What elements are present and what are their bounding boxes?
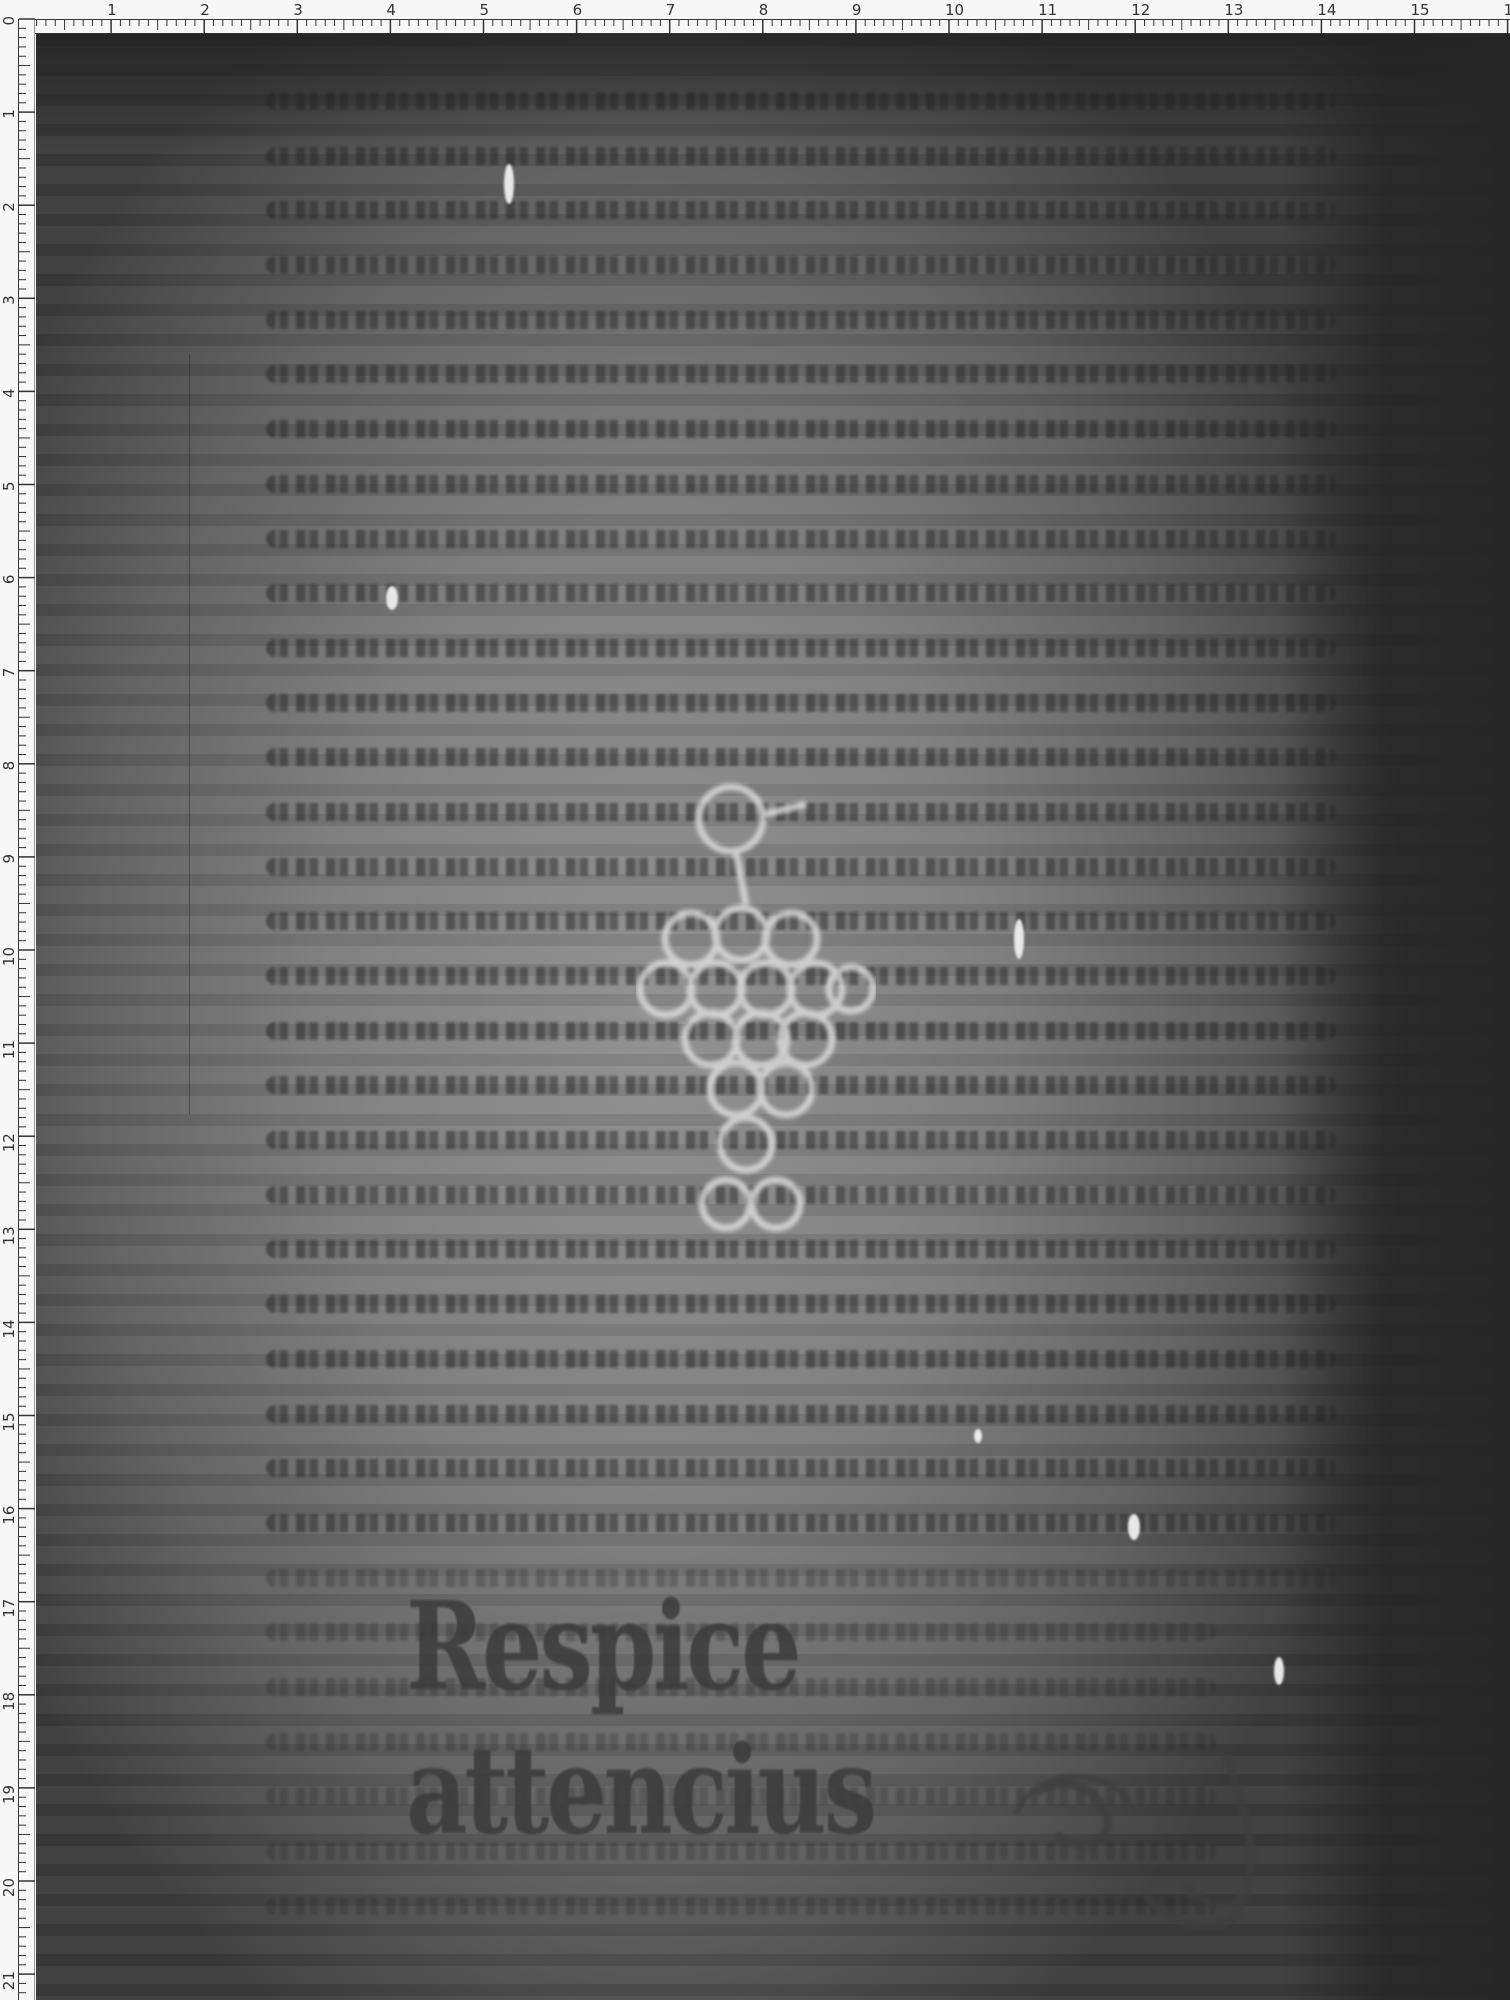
left-ruler-label: 19 xyxy=(0,1785,18,1804)
manuscript-text-line xyxy=(266,621,1336,676)
left-ruler-label: 21 xyxy=(0,1971,18,1990)
manuscript-text-line xyxy=(266,566,1336,621)
left-ruler-label: 13 xyxy=(0,1226,18,1245)
bright-spot xyxy=(1014,919,1024,959)
left-ruler-label: 0 xyxy=(0,16,18,26)
top-ruler-label: 15 xyxy=(1411,1,1430,19)
top-ruler-label: 2 xyxy=(200,1,210,19)
top-ruler-label: 3 xyxy=(293,1,303,19)
manuscript-scan: Respice attencius xyxy=(36,34,1510,2000)
manuscript-text-line xyxy=(266,1441,1336,1496)
top-ruler-label: 6 xyxy=(573,1,583,19)
watermark-grapes-icon xyxy=(636,774,876,1244)
manuscript-text-line xyxy=(266,512,1336,567)
top-ruler-label: 1 xyxy=(1504,1,1510,19)
left-ruler-label: 5 xyxy=(0,482,18,492)
top-ruler-label: 5 xyxy=(480,1,490,19)
manuscript-text-line xyxy=(266,183,1336,238)
top-ruler-label: 13 xyxy=(1224,1,1243,19)
manuscript-text-line xyxy=(266,238,1336,293)
manuscript-text-line xyxy=(266,293,1336,348)
flourish-ornament-icon xyxy=(996,1754,1296,1934)
top-ruler-label: 14 xyxy=(1317,1,1336,19)
left-ruler-label: 7 xyxy=(0,668,18,678)
top-ruler-label: 12 xyxy=(1131,1,1150,19)
top-ruler: 01234567891011121314151 xyxy=(0,0,1510,34)
top-ruler-label: 9 xyxy=(852,1,862,19)
manuscript-text-line xyxy=(266,347,1336,402)
top-ruler-scale: 01234567891011121314151 xyxy=(0,0,1510,34)
manuscript-text-line xyxy=(266,676,1336,731)
margin-ruling-line xyxy=(189,354,190,1114)
bright-spot xyxy=(504,164,514,204)
left-ruler-label: 15 xyxy=(0,1413,18,1432)
top-ruler-label: 7 xyxy=(666,1,676,19)
top-ruler-label: 8 xyxy=(759,1,769,19)
left-ruler-label: 12 xyxy=(0,1133,18,1152)
left-ruler-label: 18 xyxy=(0,1692,18,1711)
left-ruler: 0123456789101112131415161718192021 xyxy=(0,0,35,2000)
top-ruler-label: 1 xyxy=(107,1,117,19)
manuscript-text-line xyxy=(266,402,1336,457)
left-ruler-label: 16 xyxy=(0,1506,18,1525)
top-ruler-label: 11 xyxy=(1038,1,1057,19)
manuscript-text-line xyxy=(266,1496,1336,1551)
left-ruler-label: 1 xyxy=(0,109,18,119)
manuscript-text-line xyxy=(266,1332,1336,1387)
bright-spot xyxy=(386,586,398,610)
left-ruler-label: 4 xyxy=(0,388,18,398)
left-ruler-label: 11 xyxy=(0,1040,18,1059)
left-ruler-label: 3 xyxy=(0,295,18,305)
left-ruler-scale: 0123456789101112131415161718192021 xyxy=(0,0,35,2000)
manuscript-text-line xyxy=(266,1277,1336,1332)
top-ruler-label: 10 xyxy=(945,1,964,19)
manuscript-text-line xyxy=(266,457,1336,512)
top-ruler-label: 4 xyxy=(386,1,396,19)
left-ruler-label: 2 xyxy=(0,202,18,212)
left-ruler-label: 6 xyxy=(0,575,18,585)
left-ruler-label: 9 xyxy=(0,854,18,864)
scan-right-shadow xyxy=(1280,34,1510,2000)
manuscript-text-line xyxy=(266,1387,1336,1442)
left-ruler-label: 17 xyxy=(0,1599,18,1618)
left-ruler-label: 10 xyxy=(0,947,18,966)
bright-spot xyxy=(1128,1514,1140,1540)
left-ruler-label: 20 xyxy=(0,1878,18,1897)
bright-spot xyxy=(974,1429,982,1443)
left-ruler-label: 8 xyxy=(0,761,18,771)
left-ruler-label: 14 xyxy=(0,1319,18,1338)
